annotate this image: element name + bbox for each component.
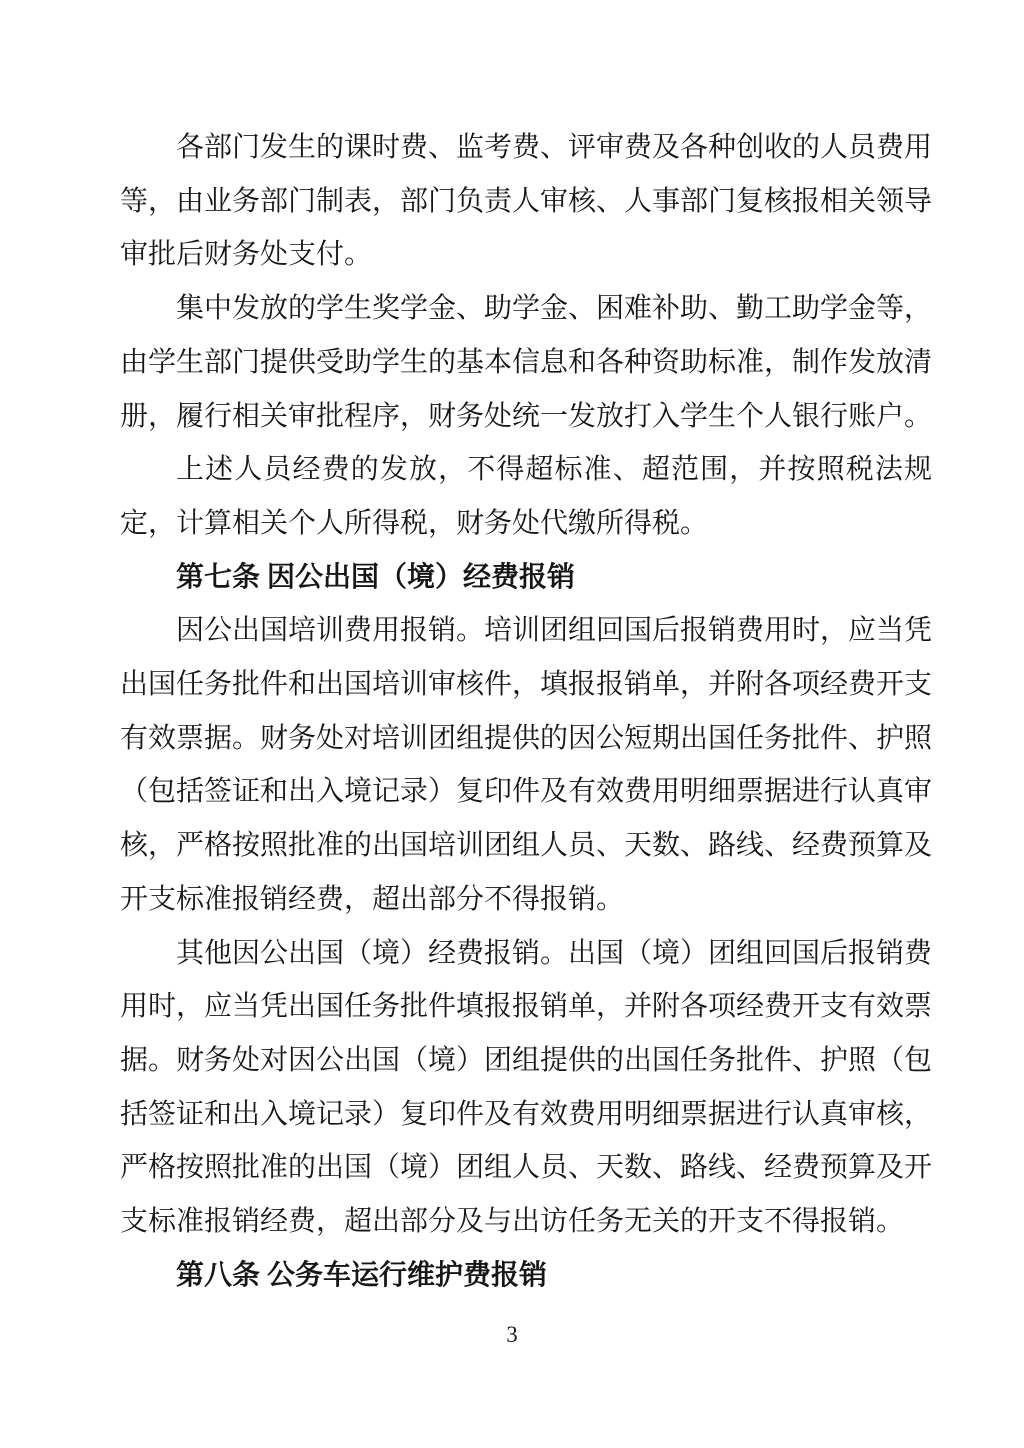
section-heading: 第八条 公务车运行维护费报销 bbox=[120, 1249, 932, 1303]
body-paragraph: 因公出国培训费用报销。培训团组回国后报销费用时，应当凭出国任务批件和出国培训审核… bbox=[120, 604, 932, 926]
section-heading: 第七条 因公出国（境）经费报销 bbox=[120, 551, 932, 605]
body-paragraph: 其他因公出国（境）经费报销。出国（境）团组回国后报销费用时，应当凭出国任务批件填… bbox=[120, 927, 932, 1249]
body-paragraph: 集中发放的学生奖学金、助学金、困难补助、勤工助学金等，由学生部门提供受助学生的基… bbox=[120, 282, 932, 443]
page-number: 3 bbox=[0, 1320, 1024, 1350]
document-page: 各部门发生的课时费、监考费、评审费及各种创收的人员费用等，由业务部门制表，部门负… bbox=[0, 0, 1024, 1448]
body-paragraph: 各部门发生的课时费、监考费、评审费及各种创收的人员费用等，由业务部门制表，部门负… bbox=[120, 121, 932, 282]
document-body: 各部门发生的课时费、监考费、评审费及各种创收的人员费用等，由业务部门制表，部门负… bbox=[120, 121, 932, 1302]
body-paragraph: 上述人员经费的发放，不得超标准、超范围，并按照税法规定，计算相关个人所得税，财务… bbox=[120, 443, 932, 550]
